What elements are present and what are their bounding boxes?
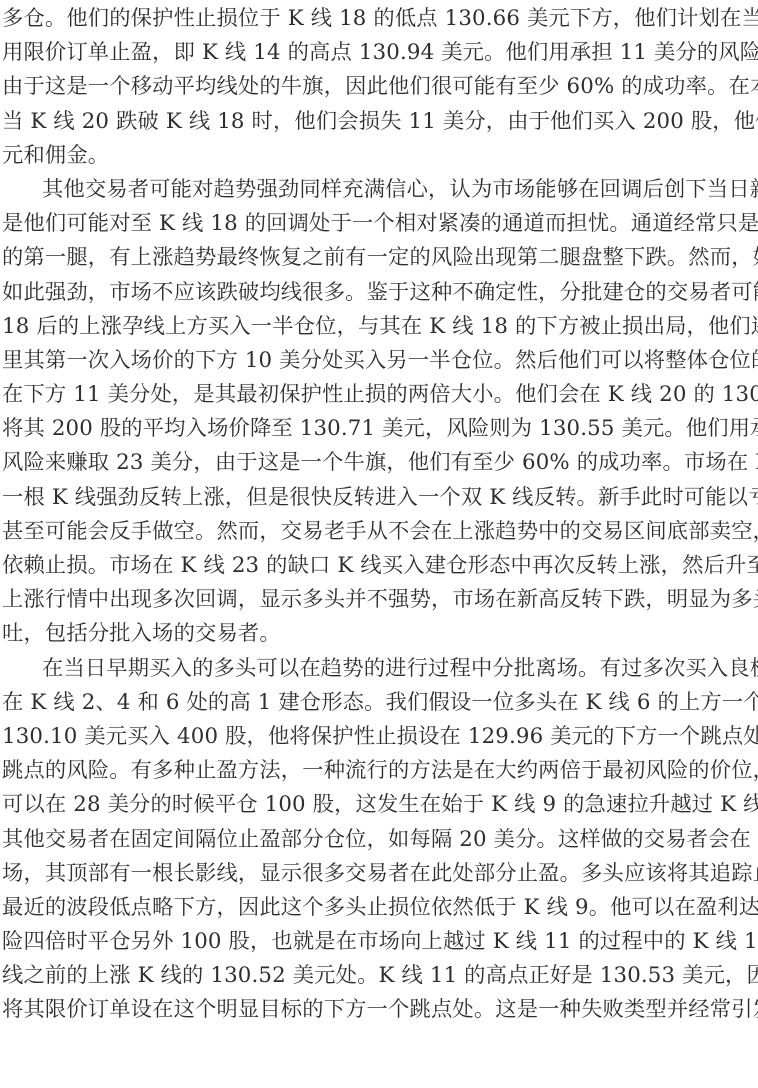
text-line: 由于这是一个移动平均线处的牛旗，因此他们很可能有至少 60% 的成功率。在本案例… <box>0 70 758 104</box>
text-line: 多仓。他们的保护性止损位于 K 线 18 的低点 130.66 美元下方，他们计… <box>0 2 758 36</box>
text-line: 用限价订单止盈，即 K 线 14 的高点 130.94 美元。他们用承担 11 … <box>0 36 758 70</box>
paragraph-3: 在当日早期买入的多头可以在趋势的进行过程中分批离场。有过多次买入良机，如 在 K… <box>0 652 758 1028</box>
text-line: 如此强劲，市场不应该跌破均线很多。鉴于这种不确定性，分批建仓的交易者可能在 K … <box>0 276 758 310</box>
text-line: 场，其顶部有一根长影线，显示很多交易者在此处部分止盈。多头应该将其追踪止损设在 <box>0 857 758 891</box>
text-line: 最近的波段低点略下方，因此这个多头止损位依然低于 K 线 9。他可以在盈利达到最… <box>0 891 758 925</box>
text-line: 依赖止损。市场在 K 线 23 的缺口 K 线买入建仓形态中再次反转上涨，然后升… <box>0 549 758 583</box>
text-line: 将其限价订单设在这个明显目标的下方一个跳点处。这是一种失败类型并经常引发更大的 <box>0 993 758 1027</box>
text-line: 吐，包括分批入场的交易者。 <box>0 617 758 651</box>
document-page: 多仓。他们的保护性止损位于 K 线 18 的低点 130.66 美元下方，他们计… <box>0 2 758 1028</box>
text-line: 一根 K 线强劲反转上涨，但是很快反转进入一个双 K 线反转。新手此时可能以亏损… <box>0 481 758 515</box>
text-line: 上涨行情中出现多次回调，显示多头并不强势，市场在新高反转下跌，明显为多头获利回 <box>0 583 758 617</box>
paragraph-1: 多仓。他们的保护性止损位于 K 线 18 的低点 130.66 美元下方，他们计… <box>0 2 758 173</box>
text-line: 跳点的风险。有多种止盈方法，一种流行的方法是在大约两倍于最初风险的价位，交易者 <box>0 754 758 788</box>
text-line: 其他交易者可能对趋势强劲同样充满信心，认为市场能够在回调后创下当日新高，但 <box>0 173 758 207</box>
text-line: 在 K 线 2、4 和 6 处的高 1 建仓形态。我们假设一位多头在 K 线 6… <box>0 686 758 720</box>
text-line: 将其 200 股的平均入场价降至 130.71 美元，风险则为 130.55 美… <box>0 412 758 446</box>
text-line: 风险来赚取 23 美分，由于这是一个牛旗，他们有至少 60% 的成功率。市场在 … <box>0 446 758 480</box>
text-line: 是他们可能对至 K 线 18 的回调处于一个相对紧凑的通道而担忧。通道经常只是两… <box>0 207 758 241</box>
text-line: 可以在 28 美分的时候平仓 100 股，这发生在始于 K 线 9 的急速拉升越… <box>0 788 758 822</box>
text-line: 里其第一次入场价的下方 10 美分处买入另一半仓位。然后他们可以将整体仓位的止损… <box>0 344 758 378</box>
text-line: 当 K 线 20 跌破 K 线 18 时，他们会损失 11 美分，由于他们买入 … <box>0 105 758 139</box>
text-line: 线之前的上涨 K 线的 130.52 美元处。K 线 11 的高点正好是 130… <box>0 959 758 993</box>
text-line: 其他交易者在固定间隔位止盈部分仓位，如每隔 20 美分。这样做的交易者会在 K … <box>0 823 758 857</box>
text-line: 在当日早期买入的多头可以在趋势的进行过程中分批离场。有过多次买入良机，如 <box>0 652 758 686</box>
text-line: 130.10 美元买入 400 股，他将保护性止损设在 129.96 美元的下方… <box>0 720 758 754</box>
paragraph-2: 其他交易者可能对趋势强劲同样充满信心，认为市场能够在回调后创下当日新高，但 是他… <box>0 173 758 652</box>
text-line: 的第一腿，有上涨趋势最终恢复之前有一定的风险出现第二腿盘整下跌。然而，如果趋势 <box>0 241 758 275</box>
text-line: 险四倍时平仓另外 100 股，也就是在市场向上越过 K 线 11 的过程中的 K… <box>0 925 758 959</box>
text-line: 18 后的上涨孕线上方买入一半仓位，与其在 K 线 18 的下方被止损出局，他们… <box>0 310 758 344</box>
text-line: 在下方 11 美分处，是其最初保护性止损的两倍大小。他们会在 K 线 20 的 … <box>0 378 758 412</box>
text-line: 元和佣金。 <box>0 139 758 173</box>
text-line: 甚至可能会反手做空。然而，交易老手从不会在上涨趋势中的交易区间底部卖空，他们会 <box>0 515 758 549</box>
